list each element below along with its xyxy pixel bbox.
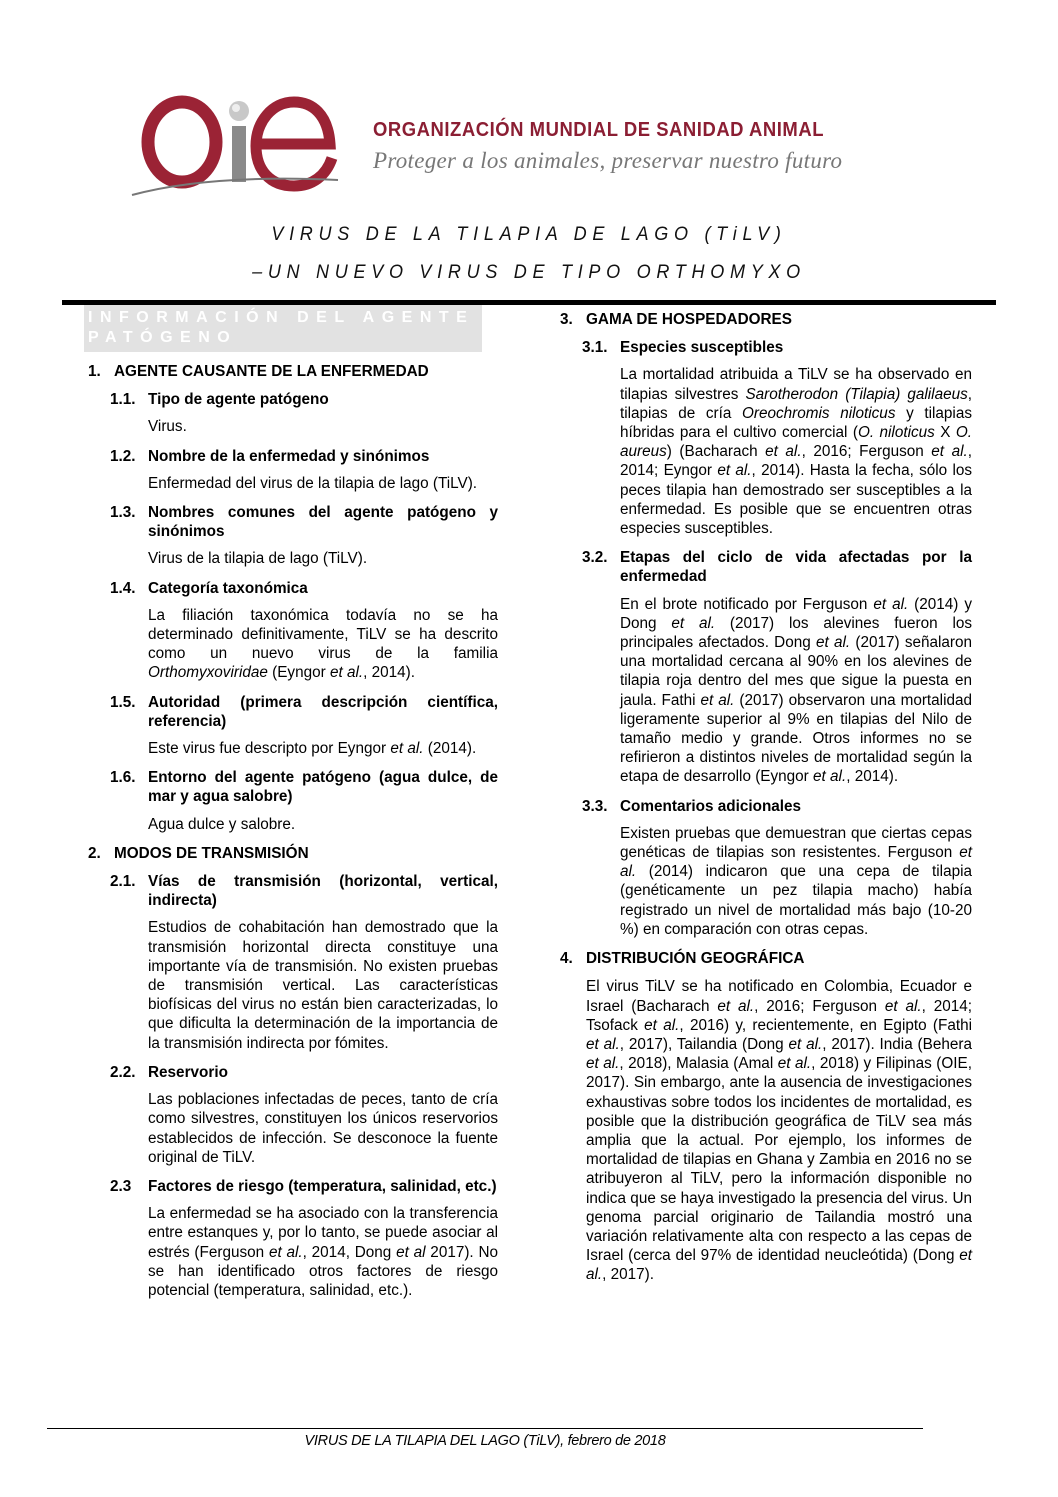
subsection-heading-1-5: 1.5. Autoridad (primera descripción cien… xyxy=(110,693,498,731)
section-heading-4: 4. DISTRIBUCIÓN GEOGRÁFICA xyxy=(560,949,972,968)
left-column: 1. AGENTE CAUSANTE DE LA ENFERMEDAD 1.1.… xyxy=(88,362,498,1310)
subsection-heading-1-1: 1.1. Tipo de agente patógeno xyxy=(110,390,498,409)
oie-logo: ORGANIZACIÓN MUNDIAL DE SANIDAD ANIMAL P… xyxy=(130,92,890,197)
paragraph-3-1: La mortalidad atribuida a TiLV se ha obs… xyxy=(620,365,972,538)
paragraph-2-2: Las poblaciones infectadas de peces, tan… xyxy=(148,1090,498,1167)
subsection-heading-1-3: 1.3. Nombres comunes del agente patógeno… xyxy=(110,503,498,541)
subsection-heading-3-3: 3.3. Comentarios adicionales xyxy=(582,797,972,816)
org-tagline: Proteger a los animales, preservar nuest… xyxy=(373,148,842,174)
subsection-heading-3-2: 3.2. Etapas del ciclo de vida afectadas … xyxy=(582,548,972,586)
paragraph-1-1: Virus. xyxy=(148,417,498,436)
subsection-heading-1-6: 1.6. Entorno del agente patógeno (agua d… xyxy=(110,768,498,806)
right-column: 3. GAMA DE HOSPEDADORES 3.1. Especies su… xyxy=(560,310,972,1295)
subsection-heading-2-2: 2.2. Reservorio xyxy=(110,1063,498,1082)
org-name: ORGANIZACIÓN MUNDIAL DE SANIDAD ANIMAL xyxy=(373,118,824,142)
section-banner-label: INFORMACIÓN DEL AGENTE PATÓGENO xyxy=(88,308,483,348)
section-heading-1: 1. AGENTE CAUSANTE DE LA ENFERMEDAD xyxy=(88,362,498,381)
paragraph-3-3: Existen pruebas que demuestran que ciert… xyxy=(620,824,972,939)
paragraph-1-3: Virus de la tilapia de lago (TiLV). xyxy=(148,549,498,568)
paragraph-3-2: En el brote notificado por Ferguson et a… xyxy=(620,595,972,787)
section-heading-3: 3. GAMA DE HOSPEDADORES xyxy=(560,310,972,329)
document-title-line-1: VIRUS DE LA TILAPIA DE LAGO (TiLV) xyxy=(26,224,1031,246)
paragraph-1-2: Enfermedad del virus de la tilapia de la… xyxy=(148,474,498,493)
subsection-heading-1-4: 1.4. Categoría taxonómica xyxy=(110,579,498,598)
paragraph-2-3: La enfermedad se ha asociado con la tran… xyxy=(148,1204,498,1300)
footer-divider xyxy=(47,1428,923,1429)
section-banner: INFORMACIÓN DEL AGENTE PATÓGENO xyxy=(84,305,482,352)
paragraph-1-6: Agua dulce y salobre. xyxy=(148,815,498,834)
footer-text: VIRUS DE LA TILAPIA DEL LAGO (TiLV), feb… xyxy=(0,1433,970,1449)
paragraph-1-5: Este virus fue descripto por Eyngor et a… xyxy=(148,739,498,758)
paragraph-2-1: Estudios de cohabitación han demostrado … xyxy=(148,918,498,1052)
subsection-heading-1-2: 1.2. Nombre de la enfermedad y sinónimos xyxy=(110,447,498,466)
oie-logo-mark-icon xyxy=(130,92,360,197)
paragraph-1-4: La filiación taxonómica todavía no se ha… xyxy=(148,606,498,683)
paragraph-4: El virus TiLV se ha notificado en Colomb… xyxy=(586,977,972,1284)
document-title-line-2: –UN NUEVO VIRUS DE TIPO ORTHOMYXO xyxy=(26,262,1031,284)
subsection-heading-3-1: 3.1. Especies susceptibles xyxy=(582,338,972,357)
section-heading-2: 2. MODOS DE TRANSMISIÓN xyxy=(88,844,498,863)
subsection-heading-2-1: 2.1. Vías de transmisión (horizontal, ve… xyxy=(110,872,498,910)
subsection-heading-2-3: 2.3 Factores de riesgo (temperatura, sal… xyxy=(110,1177,498,1196)
